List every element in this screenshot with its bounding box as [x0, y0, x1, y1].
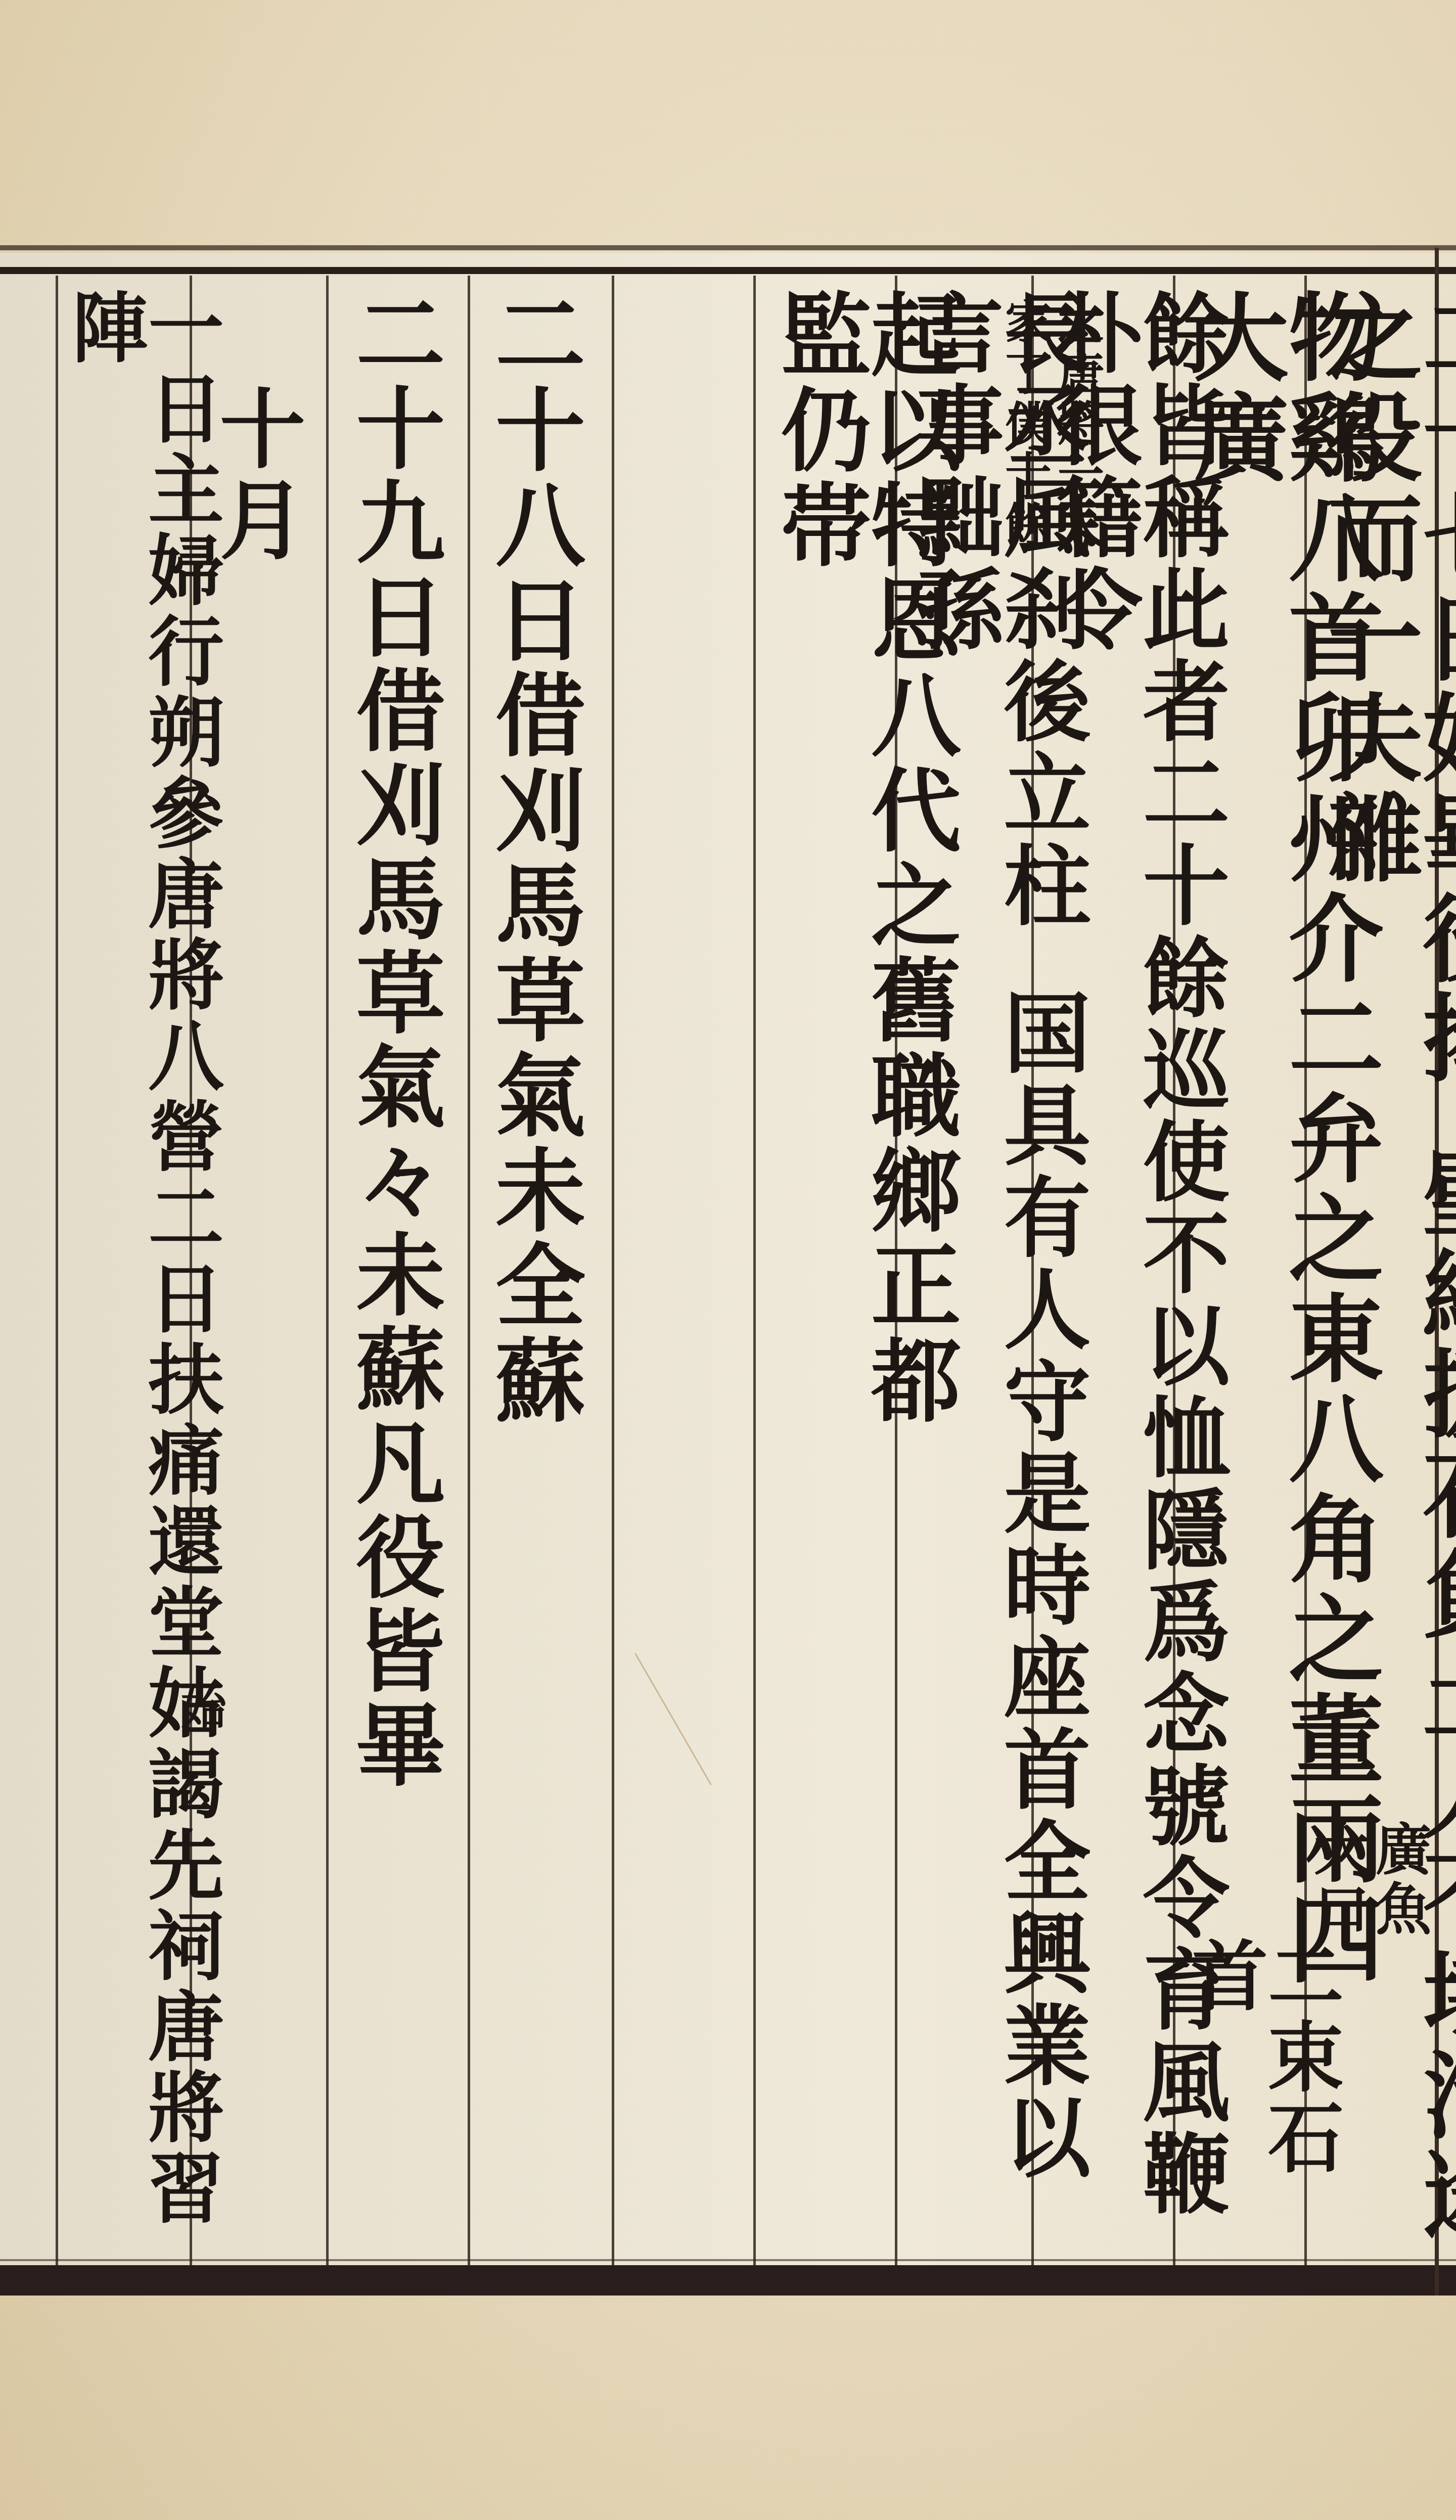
column-divider	[612, 276, 614, 2265]
annotation-column-6: 之唐將一人 家丁僕十餘	[629, 298, 1101, 551]
column-10-text: 一日主婦行朔參唐將八營二日扶痛還堂姑謁先祠唐將習陣	[59, 288, 224, 2230]
text-column-9: 十月	[212, 384, 298, 2356]
column-divider	[753, 276, 756, 2265]
annotation-left: 家丁僕十餘	[1002, 298, 1048, 551]
column-divider	[56, 276, 58, 2265]
annotation-right: 之唐將一人	[1054, 298, 1101, 551]
interlinear-addition: 始	[167, 1684, 233, 1729]
text-column-7: 二十八日借刈馬草氣未全蘇	[488, 288, 578, 2260]
column-divider	[326, 276, 329, 2265]
column-8-text: 二十九日借刈馬草氣々未蘇凡役皆畢	[341, 288, 446, 1793]
column-divider	[468, 276, 470, 2265]
text-column-10: 一日主婦行朔參唐將八營二日扶痛還堂姑謁先祠唐將習陣	[66, 288, 217, 2260]
manuscript-page: 二十七日始畢役捧璧紙扱石負土人不堪治途之役而一夫雜 物鷄八首卯州介二弁之東八角之…	[0, 0, 1456, 2520]
annotation-column-5: 无名之猪四斤刻定一夫全力 時倅姓安名憙爭之對面黜	[781, 1481, 1456, 2197]
frame-top-outer-rule	[0, 245, 1456, 250]
frame-top-inner-rule	[0, 267, 1456, 274]
column-7-text: 二十八日借刈馬草氣未全蘇	[480, 288, 586, 1429]
text-column-8: 二十九日借刈馬草氣々未蘇凡役皆畢	[349, 288, 438, 2260]
